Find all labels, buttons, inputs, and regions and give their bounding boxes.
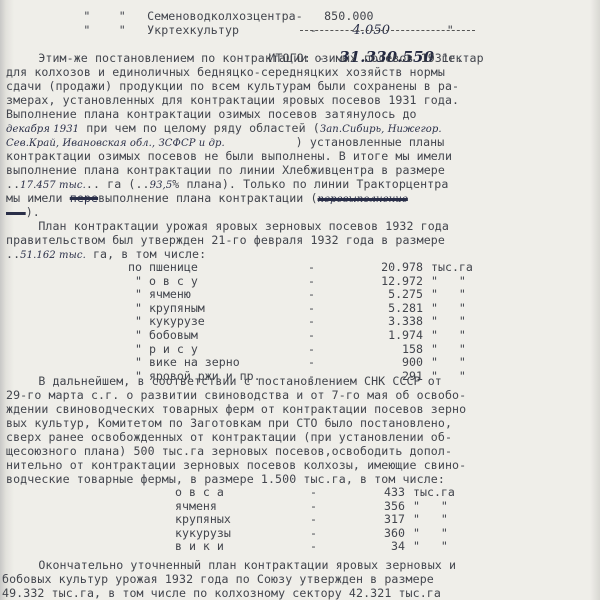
crop-value: 20.978: [363, 261, 423, 275]
crop-name: " крупяным: [128, 302, 308, 316]
para1-line9: выполнение плана контрактации по линии Х…: [6, 163, 445, 177]
crop-value: 5.275: [363, 288, 423, 302]
ditto-mark: " ": [83, 23, 125, 37]
para1-line3: сдачи (продажи) продукции по всем культу…: [6, 79, 459, 93]
crop-unit: " ": [423, 356, 466, 370]
crop-row: по пшенице-20.978тыс.га: [128, 261, 473, 275]
crop-name: о в с а: [175, 486, 310, 500]
text: га (: [100, 177, 135, 191]
exempt-crop-row: в и к и-34" ": [175, 540, 455, 554]
para3-line: щесоюзного плана) 500 тыс.га зерновых по…: [6, 444, 452, 458]
dash: -: [308, 343, 363, 357]
dash: -: [310, 500, 350, 514]
crop-name: в и к и: [175, 540, 310, 554]
exempt-crop-row: о в с а-433тыс.га: [175, 486, 455, 500]
dash: -: [310, 513, 350, 527]
dash: -: [310, 540, 350, 554]
crop-name: ячменя: [175, 500, 310, 514]
archival-document-page: " " Семеноводколхозцентра- 850.000 " " У…: [0, 0, 600, 600]
crop-name: " р и с у: [128, 343, 308, 357]
dash: -: [308, 356, 363, 370]
dash: -: [310, 527, 350, 541]
para3-line: вых культур, Комитетом по Заготовкам при…: [6, 416, 452, 430]
text: % плана). Только по линии Тракторцентра: [172, 177, 448, 191]
para1-line2: для колхозов и единоличных бедняцко-сере…: [6, 65, 445, 79]
crop-value: 433: [350, 486, 405, 500]
para3-line: водческие товарные фермы, в размере 1.50…: [6, 472, 445, 486]
crop-row: " кукурузе-3.338" ": [128, 315, 473, 329]
crop-value: 317: [350, 513, 405, 527]
crop-name: по пшенице: [128, 261, 308, 275]
handwritten-percent: 93,5: [150, 180, 173, 191]
org-label: Укртехкультур: [147, 23, 239, 37]
crop-row: " бобовым-1.974" ": [128, 329, 473, 343]
crop-value: 1.974: [363, 329, 423, 343]
handwritten-struck-cont: [6, 208, 26, 219]
para4-line: 49.332 тыс.га, в том числе по колхозному…: [2, 586, 441, 600]
crop-value: 360: [350, 527, 405, 541]
crop-value: 12.972: [363, 275, 423, 289]
dash: -: [308, 275, 363, 289]
crop-name: " вике на зерно: [128, 356, 308, 370]
exempt-crop-row: ячменя-356" ": [175, 500, 455, 514]
para4-line: бобовых культур урожая 1932 года по Союз…: [2, 572, 434, 586]
handwritten-date: декабря 1931: [6, 124, 79, 135]
crop-name: " бобовым: [128, 329, 308, 343]
crop-unit: " ": [423, 288, 466, 302]
exempt-crop-row: крупяных-317" ": [175, 513, 455, 527]
para3-line: нительно от контрактации зерновых посево…: [6, 458, 466, 472]
crop-unit: " ": [405, 527, 448, 541]
para4-line: Окончательно уточненный план контрактаци…: [10, 558, 456, 572]
para1-line5: Выполнение плана контрактации озимых пос…: [6, 107, 417, 121]
dash: -: [310, 486, 350, 500]
dash: -: [308, 315, 363, 329]
text: ) установленные планы: [296, 135, 445, 149]
dash: -: [308, 261, 363, 275]
para1-line8: контрактации озимых посевов не были выпо…: [6, 149, 452, 163]
para3-line: 29-го марта с.г. о развитии свиноводства…: [6, 388, 466, 402]
para1-line1: Этим-же постановлением по контрактации о…: [10, 51, 463, 65]
crop-unit: " ": [423, 343, 466, 357]
crop-row: " о в с у-12.972" ": [128, 275, 473, 289]
dash: -: [308, 329, 363, 343]
crop-name: " ячменю: [128, 288, 308, 302]
handwritten-area: 17.457 тыс.: [20, 180, 86, 191]
crop-row: " крупяным-5.281" ": [128, 302, 473, 316]
para3-line: сверх ранее освобожденных от контрактаци…: [6, 430, 452, 444]
crop-value: 158: [363, 343, 423, 357]
struck-text: пере: [70, 191, 98, 205]
crop-value: 5.281: [363, 302, 423, 316]
sum-rule: [300, 30, 475, 31]
crop-name: кукурузы: [175, 527, 310, 541]
crop-unit: тыс.га: [423, 261, 473, 275]
crop-name: " кукурузе: [128, 315, 308, 329]
para2-line2: правительством был утвержден 21-го февра…: [6, 233, 445, 247]
handwritten-total: 51.162 тыс.: [20, 250, 86, 261]
text: выполнение плана контрактации (: [98, 191, 317, 205]
crop-row: " вике на зерно-900" ": [128, 356, 473, 370]
crop-row: " р и с у-158" ": [128, 343, 473, 357]
crop-unit: " ": [405, 540, 448, 554]
crop-unit: " ": [423, 329, 466, 343]
para1-line11: мы имели перевыполнение плана контрактац…: [6, 191, 408, 207]
para3-line: ждении свиноводческих товарных ферм от к…: [6, 402, 466, 416]
exempt-crop-row: кукурузы-360" ": [175, 527, 455, 541]
para3-line: В дальнейшем, в соответствии с постановл…: [10, 374, 442, 388]
crop-value: 34: [350, 540, 405, 554]
text: га, в том числе:: [86, 247, 206, 261]
handwritten-regions: Сев.Край, Ивановская обл., ЗСФСР и др.: [6, 138, 225, 149]
crop-value: 900: [363, 356, 423, 370]
crop-value: 3.338: [363, 315, 423, 329]
crop-plan-table: по пшенице-20.978тыс.га " о в с у-12.972…: [128, 261, 473, 383]
crop-unit: " ": [405, 513, 448, 527]
crop-name: " о в с у: [128, 275, 308, 289]
crop-unit: " ": [405, 500, 448, 514]
crop-unit: " ": [423, 302, 466, 316]
crop-value: 356: [350, 500, 405, 514]
crop-unit: " ": [423, 275, 466, 289]
crop-unit: " ": [423, 315, 466, 329]
handwritten-struck: перевыполнение: [318, 194, 408, 205]
dash: -: [308, 302, 363, 316]
dash: -: [308, 288, 363, 302]
text: мы имели: [6, 191, 70, 205]
para1-line4: змерах, установленных для контрактации я…: [6, 93, 459, 107]
handwritten-regions: Зап.Сибирь, Нижегор.: [320, 124, 442, 135]
crop-row: " ячменю-5.275" ": [128, 288, 473, 302]
text: при чем по целому ряду областей (: [79, 121, 320, 135]
para2-line1: План контрактации урожая яровых зерновых…: [10, 219, 449, 233]
pig-farm-exemption-table: о в с а-433тыс.гаячменя-356" "крупяных-3…: [175, 486, 455, 554]
crop-unit: тыс.га: [405, 486, 455, 500]
crop-name: крупяных: [175, 513, 310, 527]
